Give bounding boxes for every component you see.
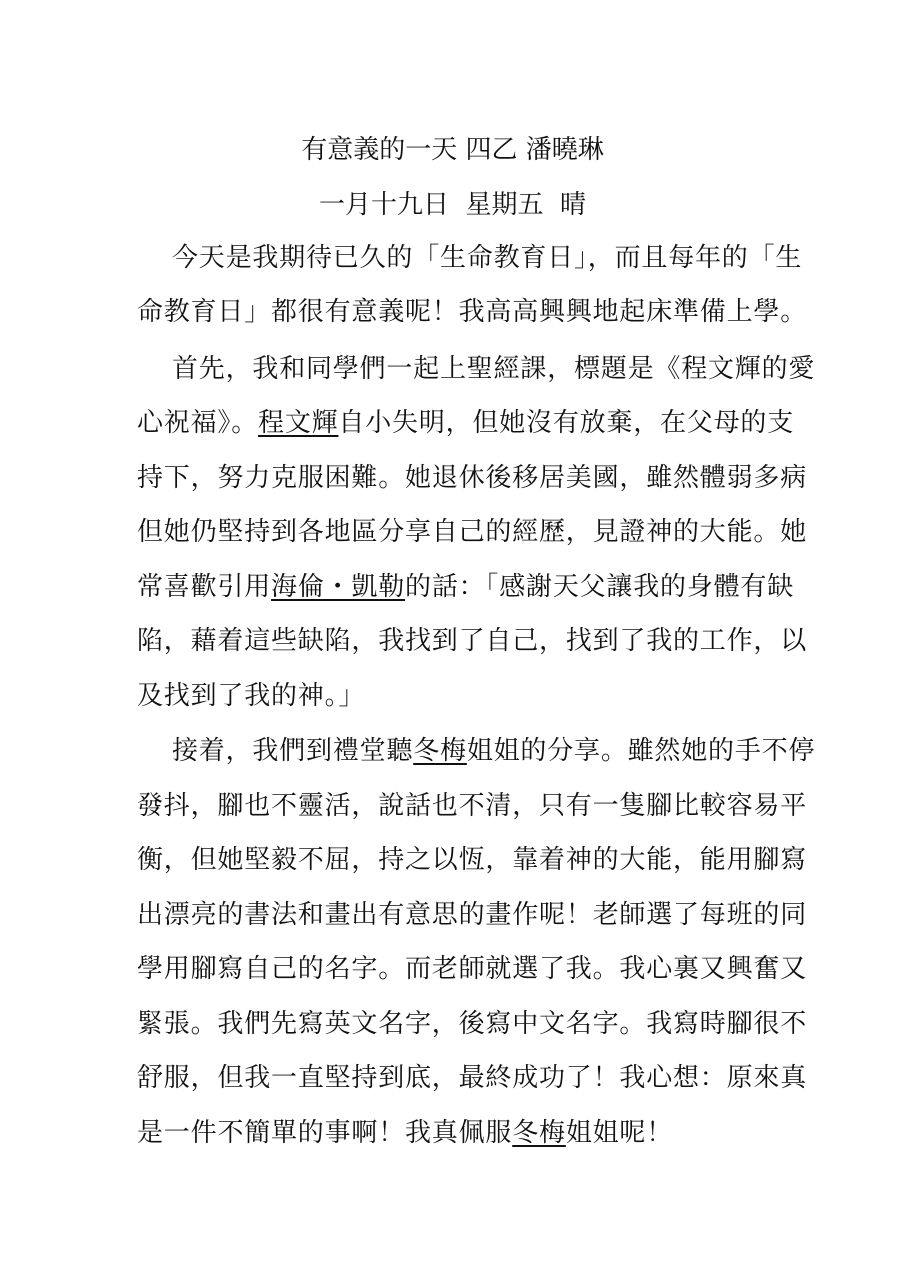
text-segment: 心祝福》。 xyxy=(137,408,258,438)
document-page: 有意義的一天 四乙 潘曉琳 一月十九日 星期五 晴 今天是我期待已久的「生命教育… xyxy=(0,0,905,1280)
paragraph-2-line-3: 持下，努力克服困難。她退休後移居美國，雖然體弱多病 xyxy=(137,461,777,495)
paragraph-3-line-1: 接着，我們到禮堂聽冬梅姐姐的分享。雖然她的手不停 xyxy=(172,734,812,768)
text-segment: 是一件不簡單的事啊！我真佩服 xyxy=(137,1118,512,1148)
text-segment: 常喜歡引用 xyxy=(137,572,271,602)
text-segment: 的話：「感謝天父讓我的身體有缺 xyxy=(405,572,794,602)
document-title: 有意義的一天 四乙 潘曉琳 xyxy=(0,133,905,167)
paragraph-2-line-4: 但她仍堅持到各地區分享自己的經歷，見證神的大能。她 xyxy=(137,515,777,549)
paragraph-3-line-2: 發抖，腳也不靈活，說話也不清，只有一隻腳比較容易平 xyxy=(137,789,777,823)
paragraph-3-line-6: 緊張。我們先寫英文名字，後寫中文名字。我寫時腳很不 xyxy=(137,1007,777,1041)
paragraph-3-line-3: 衡，但她堅毅不屈，持之以恆，靠着神的大能，能用腳寫 xyxy=(137,843,777,877)
paragraph-2-line-6: 陷，藉着這些缺陷，我找到了自己，找到了我的工作，以 xyxy=(137,624,777,658)
paragraph-2-line-2: 心祝福》。程文輝自小失明，但她沒有放棄，在父母的支 xyxy=(137,406,777,440)
paragraph-3-line-4: 出漂亮的書法和畫出有意思的畫作呢！老師選了每班的同 xyxy=(137,898,777,932)
underlined-name-cheng-man-fai: 程文輝 xyxy=(258,408,338,438)
underlined-name-helen-keller: 海倫・凱勒 xyxy=(271,572,405,602)
paragraph-3-line-8: 是一件不簡單的事啊！我真佩服冬梅姐姐呢！ xyxy=(137,1116,777,1150)
text-segment: 姐姐呢！ xyxy=(566,1118,673,1148)
paragraph-3-line-5: 學用腳寫自己的名字。而老師就選了我。我心裏又興奮又 xyxy=(137,952,777,986)
paragraph-1-line-2: 命教育日」都很有意義呢！我高高興興地起床準備上學。 xyxy=(137,295,777,329)
text-segment: 自小失明，但她沒有放棄，在父母的支 xyxy=(338,408,794,438)
text-segment: 接着，我們到禮堂聽 xyxy=(172,736,413,766)
paragraph-3-line-7: 舒服，但我一直堅持到底，最終成功了！我心想：原來真 xyxy=(137,1061,777,1095)
underlined-name-dongmei: 冬梅 xyxy=(512,1118,566,1148)
paragraph-2-line-5: 常喜歡引用海倫・凱勒的話：「感謝天父讓我的身體有缺 xyxy=(137,570,777,604)
paragraph-2-line-1: 首先，我和同學們一起上聖經課，標題是《程文輝的愛 xyxy=(172,352,812,386)
text-segment: 姐姐的分享。雖然她的手不停 xyxy=(467,736,815,766)
paragraph-2-line-7: 及找到了我的神。」 xyxy=(137,679,777,713)
underlined-name-dongmei: 冬梅 xyxy=(413,736,467,766)
paragraph-1-line-1: 今天是我期待已久的「生命教育日」，而且每年的「生 xyxy=(172,241,812,275)
date-weather-line: 一月十九日 星期五 晴 xyxy=(0,188,905,222)
